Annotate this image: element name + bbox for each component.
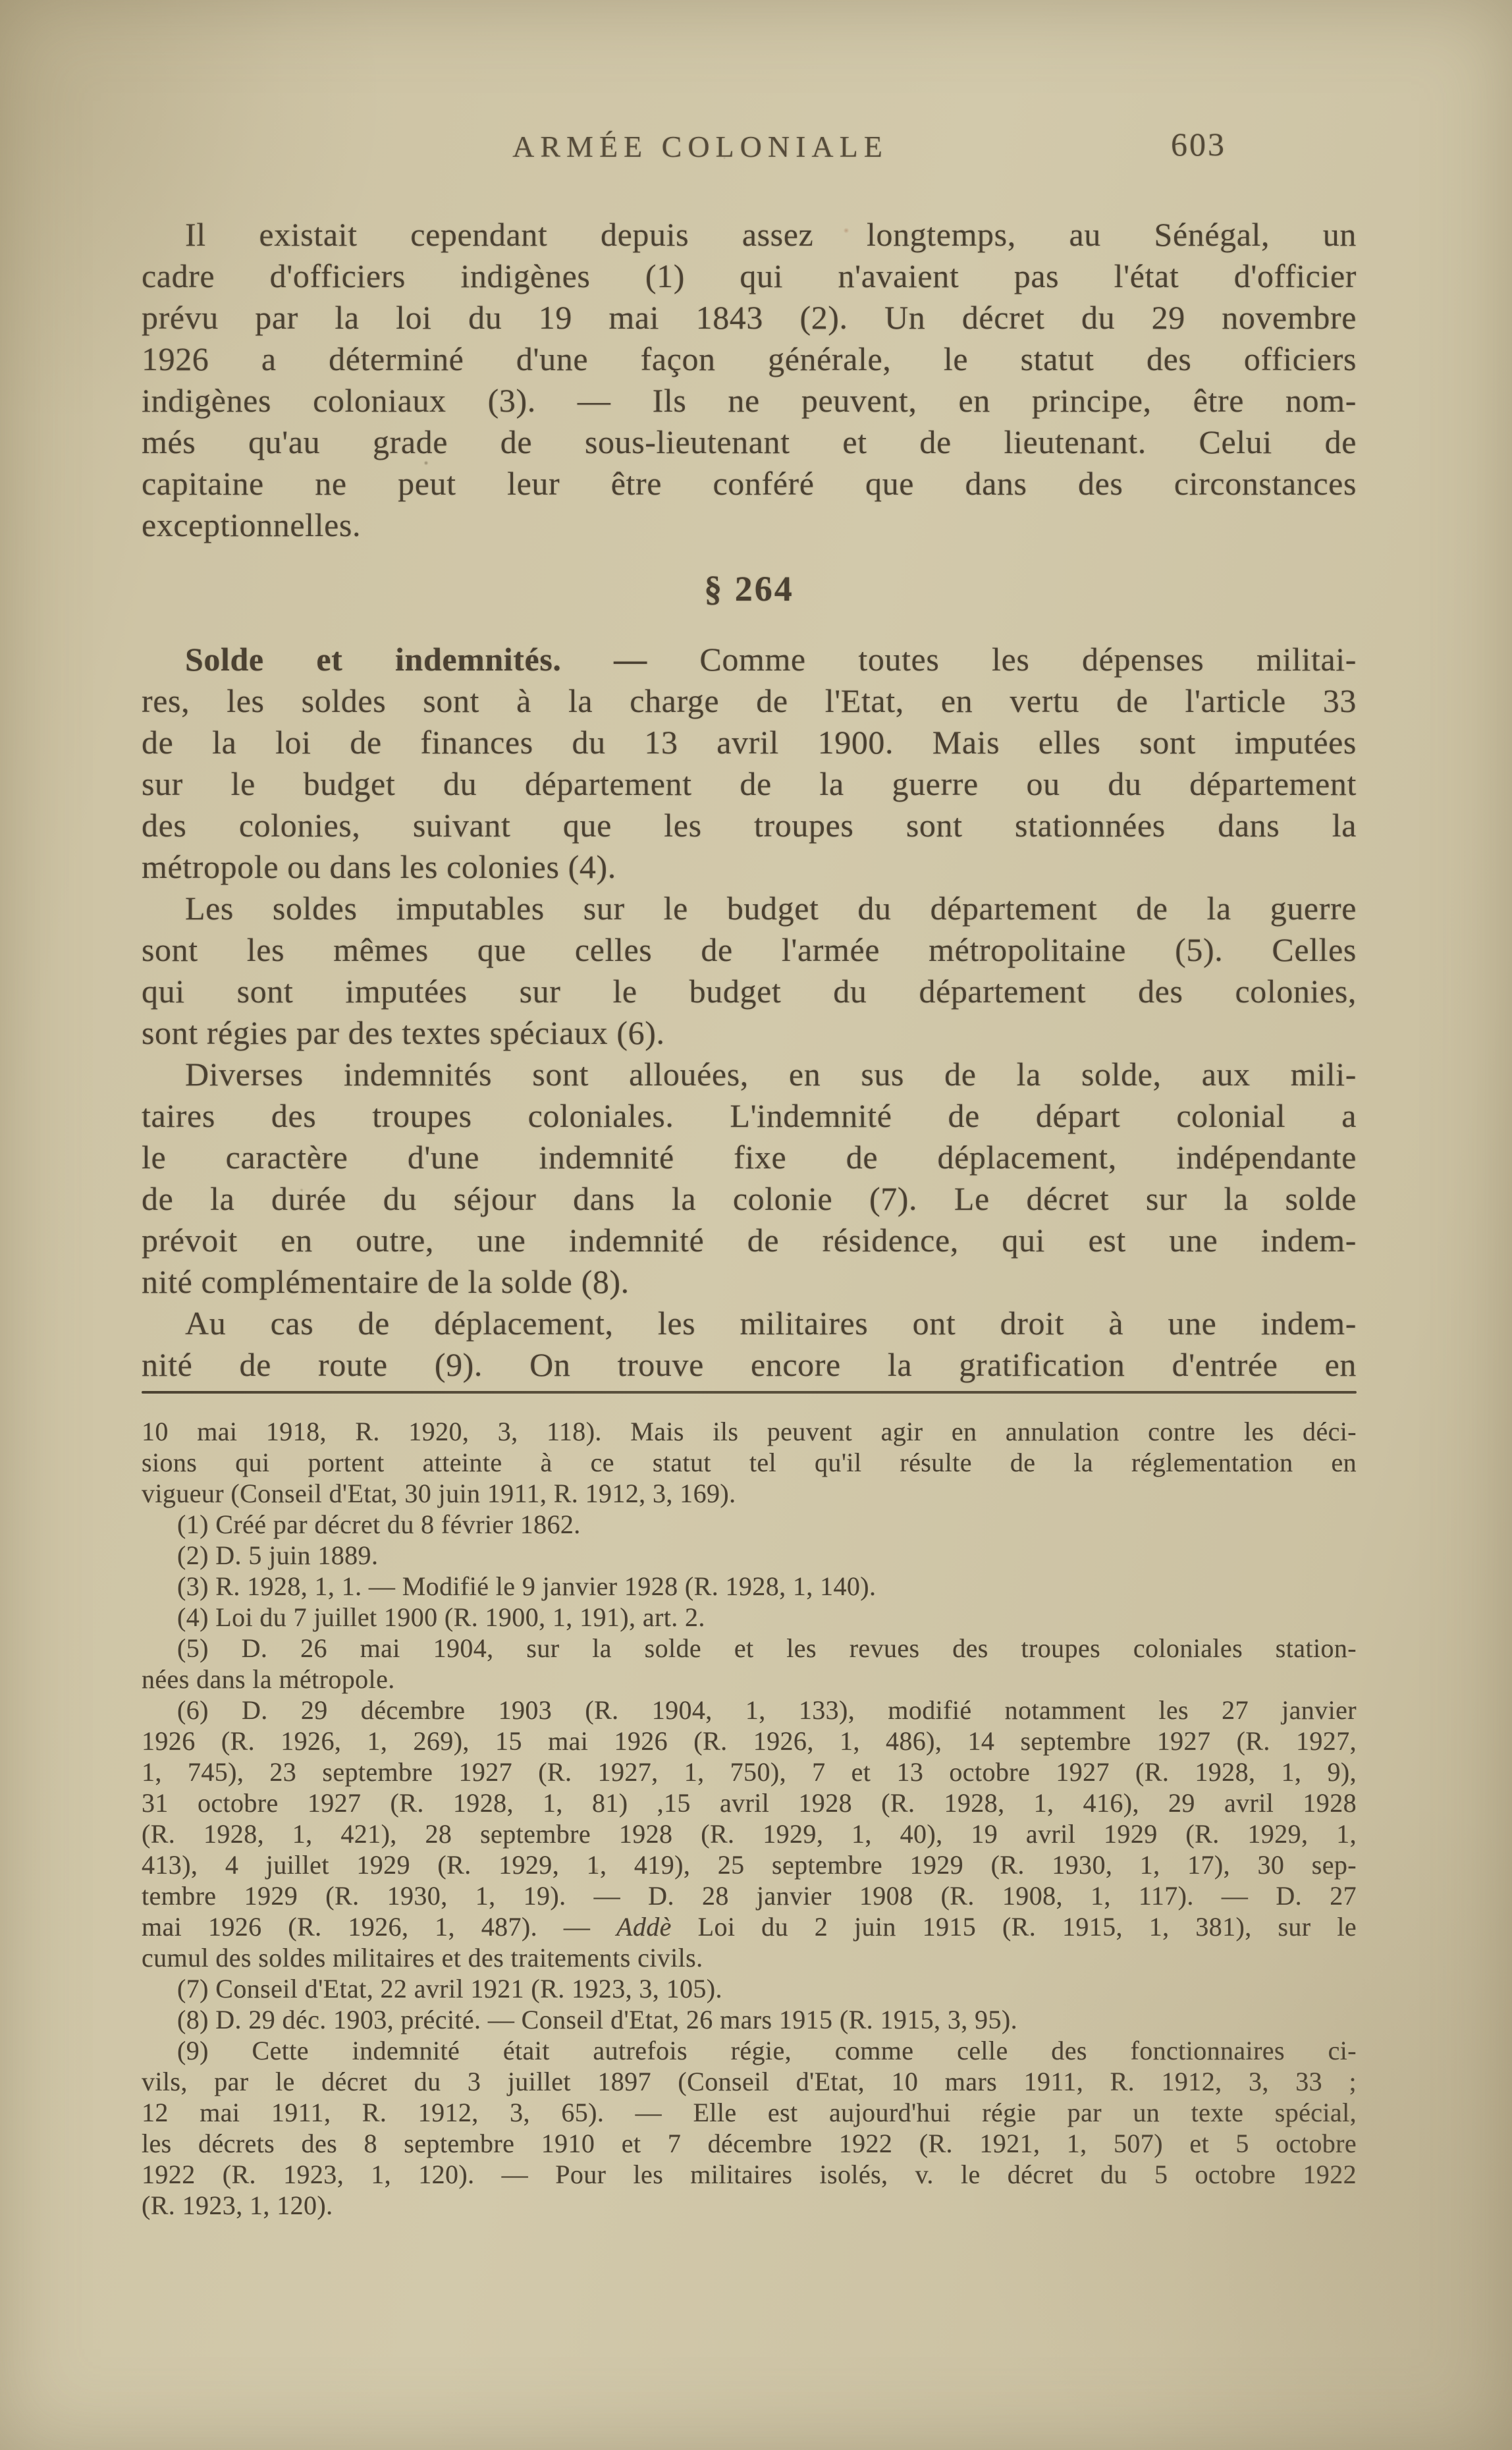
text-line: (6) D. 29 décembre 1903 (R. 1904, 1, 133… xyxy=(142,1695,1357,1726)
footnote: (4) Loi du 7 juillet 1900 (R. 1900, 1, 1… xyxy=(142,1602,1357,1633)
text-line: tembre 1929 (R. 1930, 1, 19). — D. 28 ja… xyxy=(142,1880,1357,1911)
text-line: cadre d'officiers indigènes (1) qui n'av… xyxy=(142,256,1357,297)
text-line: qui sont imputées sur le budget du dépar… xyxy=(142,971,1357,1012)
text-line: Les soldes imputables sur le budget du d… xyxy=(142,888,1357,929)
text-line: 1926 (R. 1926, 1, 269), 15 mai 1926 (R. … xyxy=(142,1726,1357,1756)
text-line: (R. 1928, 1, 421), 28 septembre 1928 (R.… xyxy=(142,1818,1357,1849)
text-line: le caractère d'une indemnité fixe de dép… xyxy=(142,1137,1357,1178)
text-line: les décrets des 8 septembre 1910 et 7 dé… xyxy=(142,2128,1357,2159)
text-line: capitaine ne peut leur être conféré que … xyxy=(142,463,1357,504)
body-text: Il existait cependant depuis assez longt… xyxy=(142,214,1357,1386)
text-line: (9) Cette indemnité était autrefois régi… xyxy=(142,2035,1357,2066)
footnote-rule xyxy=(142,1391,1357,1394)
paragraph: Diverses indemnités sont allouées, en su… xyxy=(142,1054,1357,1303)
footnote-carryover: 10 mai 1918, R. 1920, 3, 118). Mais ils … xyxy=(142,1416,1357,1509)
text-line: res, les soldes sont à la charge de l'Et… xyxy=(142,680,1357,722)
text-line: indigènes coloniaux (3). — Ils ne peuven… xyxy=(142,380,1357,422)
text-line: nées dans la métropole. xyxy=(142,1664,1357,1695)
text-line: prévoit en outre, une indemnité de résid… xyxy=(142,1220,1357,1261)
text-line: mai 1926 (R. 1926, 1, 487). — Addè Loi d… xyxy=(142,1911,1357,1942)
text-line: vigueur (Conseil d'Etat, 30 juin 1911, R… xyxy=(142,1478,1357,1509)
text-line: prévu par la loi du 19 mai 1843 (2). Un … xyxy=(142,297,1357,339)
text-line: cumul des soldes militaires et des trait… xyxy=(142,1942,1357,1973)
footnote: (1) Créé par décret du 8 février 1862. xyxy=(142,1509,1357,1540)
footnote: (2) D. 5 juin 1889. xyxy=(142,1540,1357,1571)
paragraph: Solde et indemnités. — Comme toutes les … xyxy=(142,639,1357,888)
paragraph-lead: Solde et indemnités. — xyxy=(185,641,647,678)
text-line: 1926 a déterminé d'une façon générale, l… xyxy=(142,339,1357,380)
paragraph: Au cas de déplacement, les militaires on… xyxy=(142,1303,1357,1386)
text-run: Loi du 2 juin 1915 (R. 1915, 1, 381), su… xyxy=(672,1912,1357,1942)
text-line: 1922 (R. 1923, 1, 120). — Pour les milit… xyxy=(142,2159,1357,2190)
footnote: (5) D. 26 mai 1904, sur la solde et les … xyxy=(142,1633,1357,1695)
text-line: Diverses indemnités sont allouées, en su… xyxy=(142,1054,1357,1095)
footnote: (9) Cette indemnité était autrefois régi… xyxy=(142,2035,1357,2221)
text-line: de la durée du séjour dans la colonie (7… xyxy=(142,1178,1357,1220)
text-line: més qu'au grade de sous-lieutenant et de… xyxy=(142,422,1357,463)
text-line: Il existait cependant depuis assez longt… xyxy=(142,214,1357,256)
text-line: 1, 745), 23 septembre 1927 (R. 1927, 1, … xyxy=(142,1756,1357,1787)
text-line: sont les mêmes que celles de l'armée mét… xyxy=(142,929,1357,971)
paragraph: Les soldes imputables sur le budget du d… xyxy=(142,888,1357,1054)
footnote: (6) D. 29 décembre 1903 (R. 1904, 1, 133… xyxy=(142,1695,1357,1973)
running-header: ARMÉE COLONIALE 603 xyxy=(142,129,1357,175)
text-line: Au cas de déplacement, les militaires on… xyxy=(142,1303,1357,1344)
running-title: ARMÉE COLONIALE xyxy=(93,129,1308,164)
text-line: métropole ou dans les colonies (4). xyxy=(142,846,1357,888)
text-line: taires des troupes coloniales. L'indemni… xyxy=(142,1095,1357,1137)
text-line: 31 octobre 1927 (R. 1928, 1, 81) ,15 avr… xyxy=(142,1787,1357,1818)
text-line: vils, par le décret du 3 juillet 1897 (C… xyxy=(142,2066,1357,2097)
text-line: sions qui portent atteinte à ce statut t… xyxy=(142,1447,1357,1478)
adde-italic: Addè xyxy=(616,1912,672,1942)
text-run: mai 1926 (R. 1926, 1, 487). — xyxy=(142,1912,616,1942)
text-line: nité de route (9). On trouve encore la g… xyxy=(142,1344,1357,1386)
text-line: des colonies, suivant que les troupes so… xyxy=(142,805,1357,846)
text-line: (5) D. 26 mai 1904, sur la solde et les … xyxy=(142,1633,1357,1664)
text-line: sur le budget du département de la guerr… xyxy=(142,763,1357,805)
text-line: exceptionnelles. xyxy=(142,504,1357,546)
text-line: 10 mai 1918, R. 1920, 3, 118). Mais ils … xyxy=(142,1416,1357,1447)
text-line: 413), 4 juillet 1929 (R. 1929, 1, 419), … xyxy=(142,1849,1357,1880)
footnote: (7) Conseil d'Etat, 22 avril 1921 (R. 19… xyxy=(142,1973,1357,2004)
section-heading: § 264 xyxy=(142,568,1357,610)
footnotes: 10 mai 1918, R. 1920, 3, 118). Mais ils … xyxy=(142,1416,1357,2221)
text-line: Solde et indemnités. — Comme toutes les … xyxy=(142,639,1357,680)
scanned-book-page: ARMÉE COLONIALE 603 Il existait cependan… xyxy=(0,0,1512,2450)
footnote: (3) R. 1928, 1, 1. — Modifié le 9 janvie… xyxy=(142,1571,1357,1602)
text-run: Comme toutes les dépenses militai- xyxy=(647,641,1357,678)
text-line: de la loi de finances du 13 avril 1900. … xyxy=(142,722,1357,763)
page-number: 603 xyxy=(1171,125,1226,163)
text-line: 12 mai 1911, R. 1912, 3, 65). — Elle est… xyxy=(142,2097,1357,2128)
paragraph: Il existait cependant depuis assez longt… xyxy=(142,214,1357,546)
text-line: nité complémentaire de la solde (8). xyxy=(142,1261,1357,1303)
text-line: (R. 1923, 1, 120). xyxy=(142,2190,1357,2221)
footnote: (8) D. 29 déc. 1903, précité. — Conseil … xyxy=(142,2004,1357,2035)
text-line: sont régies par des textes spéciaux (6). xyxy=(142,1012,1357,1054)
